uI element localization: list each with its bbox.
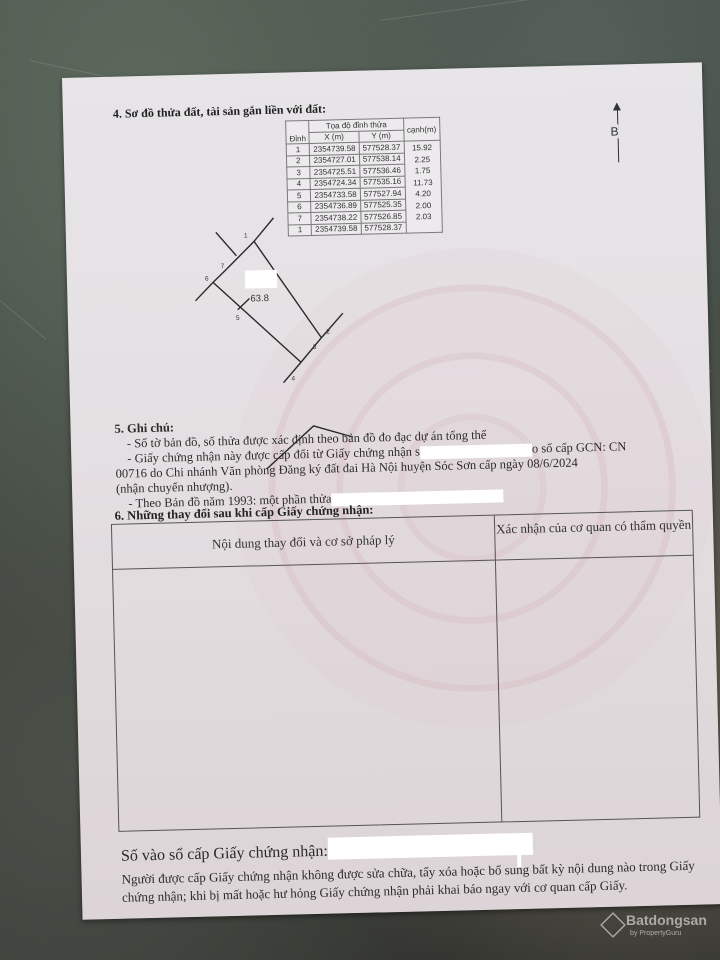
marble-vein: [380, 0, 677, 21]
col-edge-header: cạnh(m): [403, 117, 440, 141]
redacted-parcel-number: [245, 270, 277, 289]
col-vertex-header: Đỉnh: [286, 120, 310, 144]
redacted-block: [328, 833, 533, 860]
coordinates-table: Đỉnh Tọa độ đỉnh thửa cạnh(m) X (m) Y (m…: [285, 117, 443, 237]
svg-text:6: 6: [205, 275, 209, 282]
changes-col-right-header: Xác nhận của cơ quan có thẩm quyền: [495, 517, 692, 537]
svg-text:5: 5: [236, 315, 240, 322]
vertex-labels: 1 2 3 4 5 6 7: [204, 231, 332, 385]
north-arrow: B: [611, 102, 626, 162]
svg-text:2: 2: [326, 329, 330, 336]
registration-label: Số vào sổ cấp Giấy chứng nhận:: [121, 843, 328, 865]
north-label: B: [610, 124, 618, 138]
svg-text:3: 3: [313, 344, 317, 351]
batdongsan-logo-icon: [600, 912, 626, 938]
warning-text: Người được cấp Giấy chứng nhận không đượ…: [121, 856, 707, 906]
changes-table: Nội dung thay đổi và cơ sở pháp lý Xác n…: [111, 510, 700, 832]
svg-text:1: 1: [244, 233, 248, 240]
svg-text:7: 7: [221, 263, 225, 270]
registration-number: Số vào sổ cấp Giấy chứng nhận:: [121, 833, 533, 866]
section5-notes: 5. Ghi chú: - Số tờ bản đồ, số thửa được…: [114, 408, 696, 512]
parcel-area: 63.8: [250, 293, 269, 304]
parcel-plot: 63.8 1 2 3 4 5 6 7: [176, 221, 340, 405]
marble-vein: [0, 300, 46, 339]
section4-title: 4. Sơ đồ thửa đất, tài sản gắn liền với …: [113, 102, 327, 122]
land-certificate-page: 4. Sơ đồ thửa đất, tài sản gắn liền với …: [62, 62, 720, 919]
svg-text:4: 4: [291, 375, 295, 382]
